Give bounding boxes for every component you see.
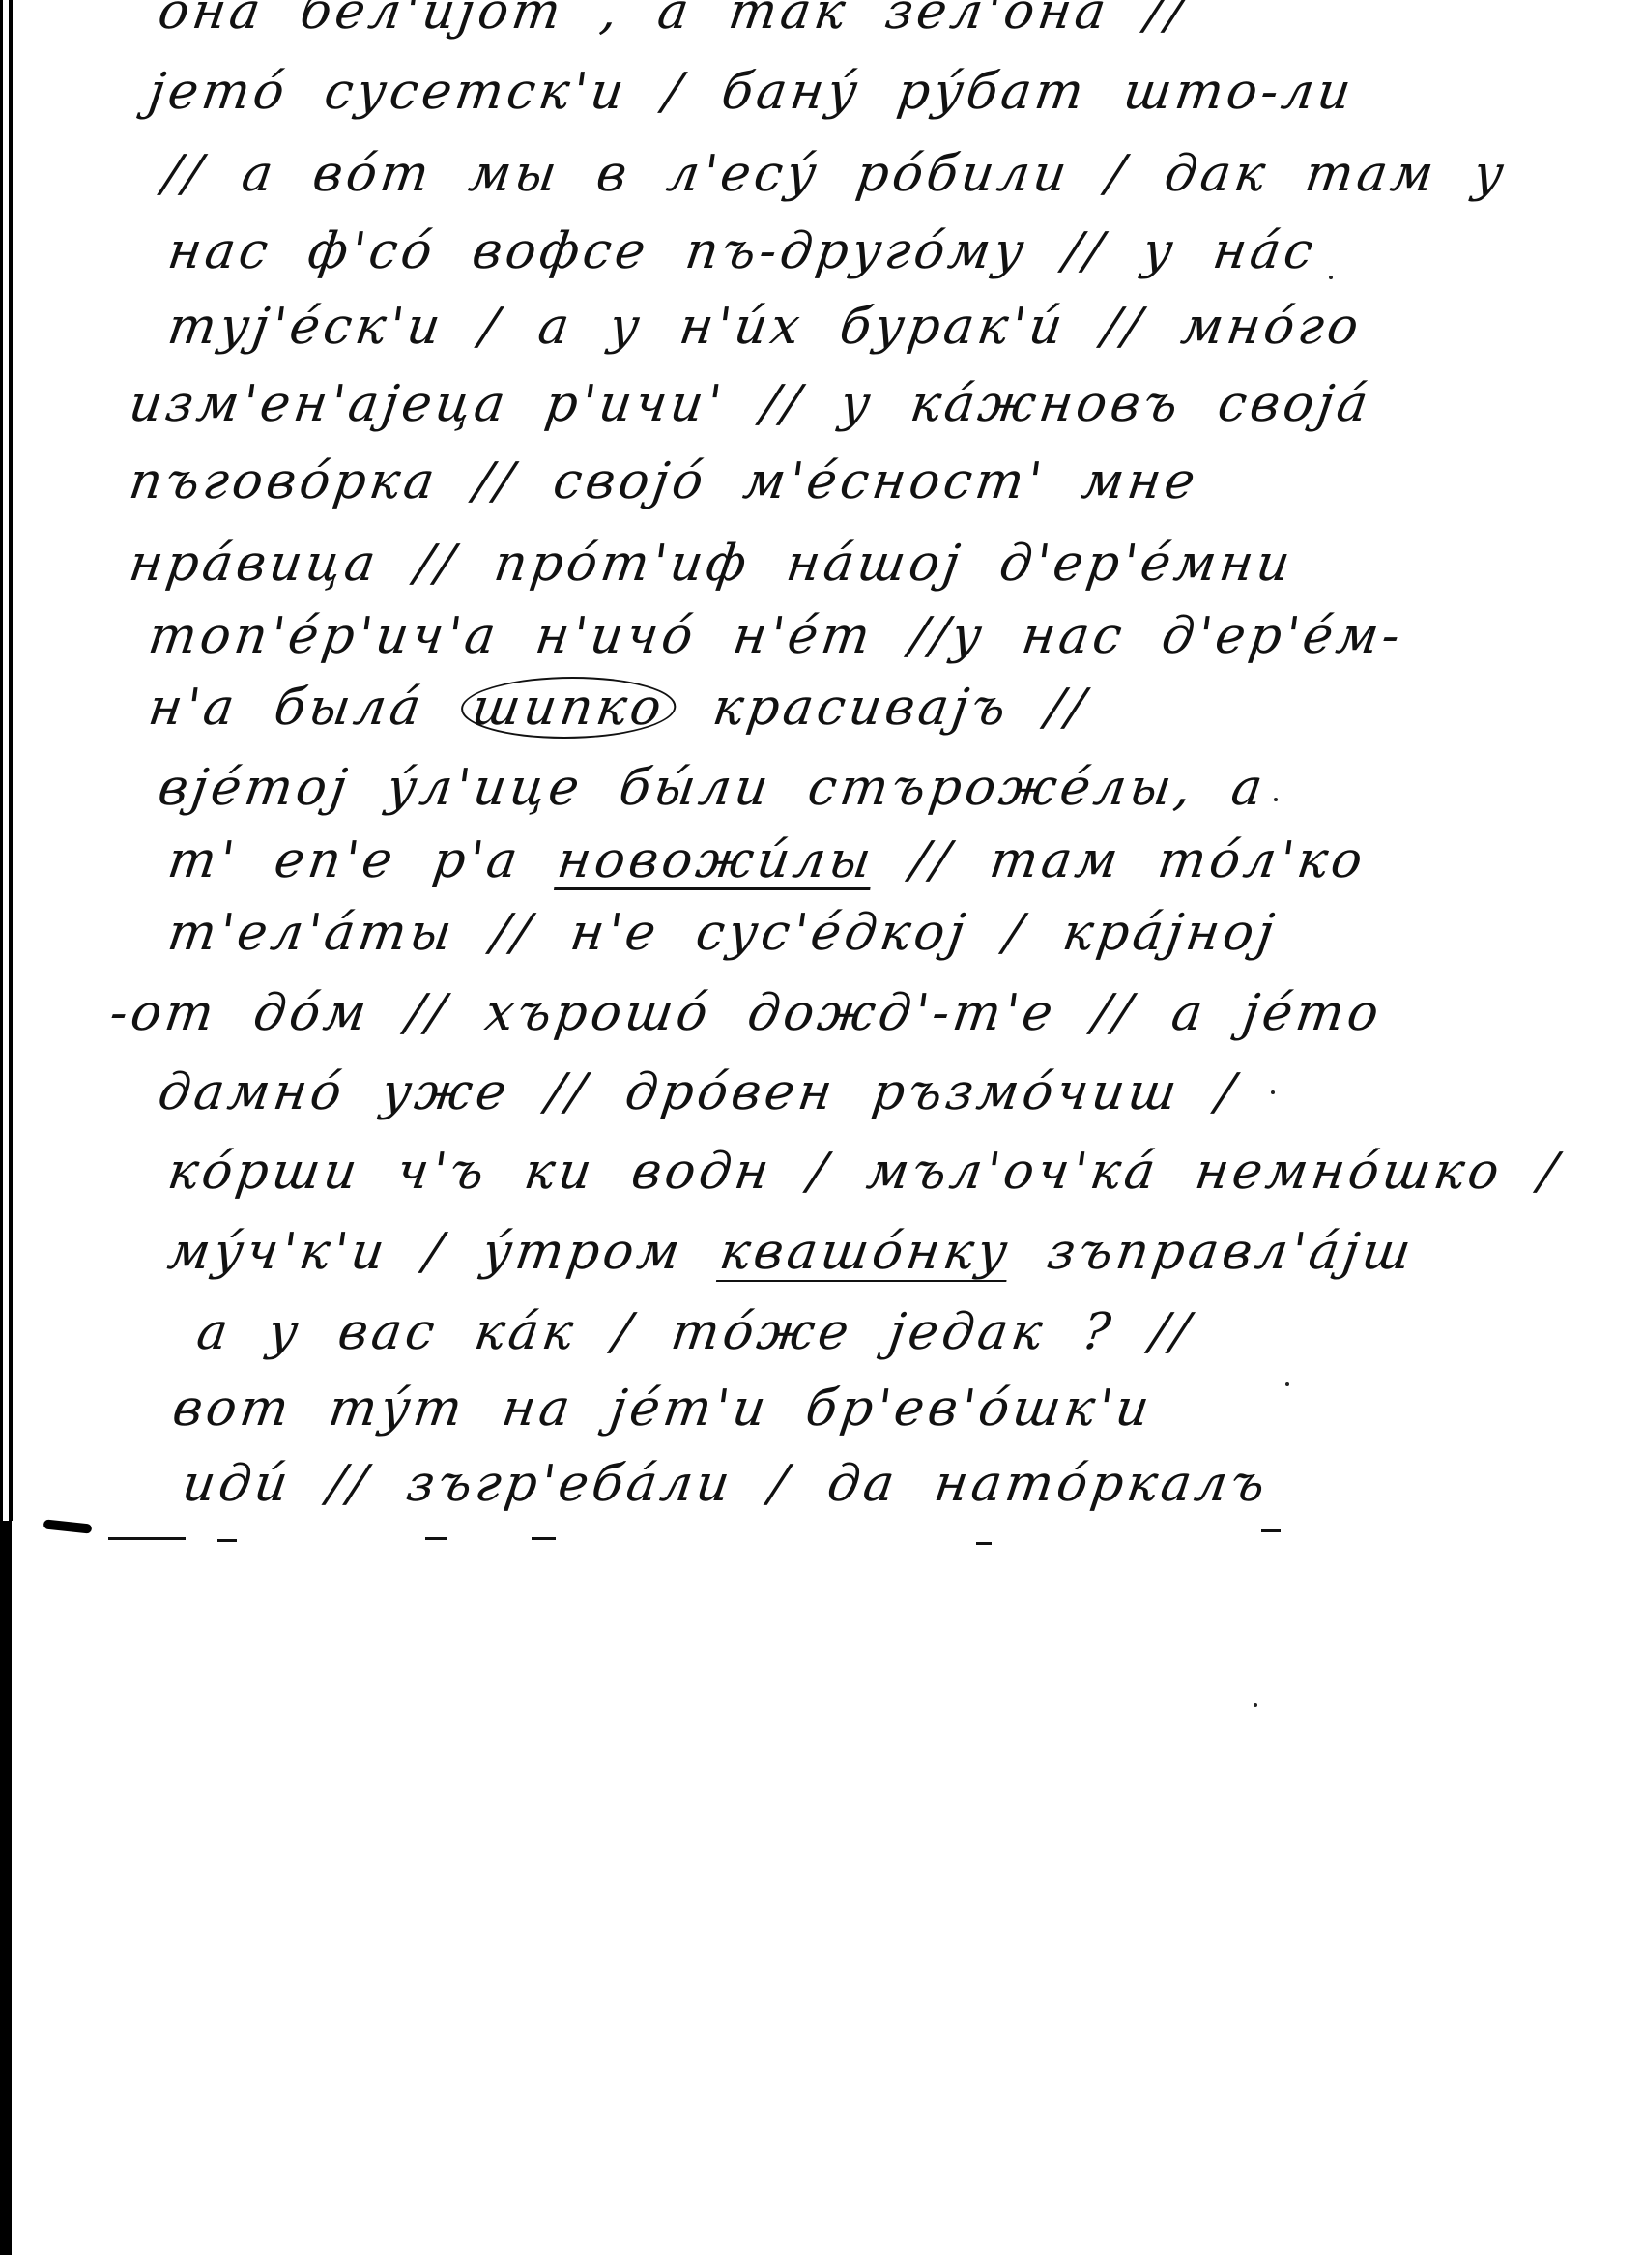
manuscript-line: н'а былá шипко красивајъ // (145, 679, 1092, 737)
dashed-rule (217, 1539, 237, 1542)
ink-speck (1274, 798, 1278, 801)
manuscript-line: туј'éск'и / а у н'и́х бурак'и́ // мнóго (164, 298, 1366, 356)
scanned-manuscript-page: она бел'ијот , а так зел'óна // јетó сус… (0, 0, 1643, 2268)
ink-speck (1271, 1090, 1275, 1094)
manuscript-line: иди́ // зъгр'ебáли / да натóркалъ (179, 1455, 1273, 1513)
manuscript-line: -от дóм // хърошó дожд'-т'е // а јéто (106, 984, 1386, 1042)
left-border-line (9, 0, 13, 1521)
ink-speck (1285, 1382, 1289, 1386)
manuscript-line: вјéтој у́л'ице бы́ли стъроже́лы, а (155, 759, 1270, 817)
manuscript-line: нрáвица // прóт'иф нáшој д'ер'éмни (126, 535, 1297, 593)
ink-stroke-mark (43, 1519, 93, 1533)
manuscript-line: му́ч'к'и / у́тром квашóнку зъправл'áјш (164, 1223, 1418, 1281)
manuscript-line: изм'ен'ајеца р'ичи' // у кáжновъ својá (126, 375, 1375, 433)
manuscript-line: т' еп'е р'а новожи́лы // там тóл'ко (164, 831, 1369, 889)
underlined-word: новожи́лы (554, 831, 879, 889)
manuscript-line: топ'éр'ич'а н'ичó н'éт //у нас д'ер'éм- (145, 607, 1407, 665)
manuscript-line: дамнó уже // дрóвен ръзмóчиш / (155, 1063, 1242, 1121)
dashed-rule (532, 1537, 556, 1540)
manuscript-line: кóрши ч'ъ ки водн / мъл'оч'кá немнóшко / (164, 1143, 1565, 1201)
manuscript-line: она бел'ијот , а так зел'óна // (155, 0, 1192, 41)
left-binding-bar (0, 1521, 12, 2255)
left-border-line (0, 0, 3, 1521)
dashed-rule (976, 1542, 992, 1545)
manuscript-line: а у вас кáк / тóже једак ? // (193, 1303, 1196, 1361)
manuscript-line: јетó сусетск'и / бану́ ру́бат што-ли (145, 63, 1358, 121)
manuscript-line: пъговóрка // својó м'éсност' мне (126, 452, 1202, 510)
ink-speck (1329, 276, 1333, 279)
manuscript-line: нас ф'сó вофсе пъ-другóму // у нáс (164, 222, 1320, 280)
circled-word: шипко (457, 677, 681, 739)
dashed-rule (108, 1537, 186, 1540)
dashed-rule (425, 1537, 447, 1540)
underlined-word: квашóнку (716, 1223, 1015, 1281)
manuscript-line: // а вóт мы в л'есу́ рóбили / дак там у (159, 145, 1511, 203)
manuscript-line: т'ел'áты // н'е сус'éдкој / крáјној (164, 904, 1281, 962)
ink-speck (1254, 1703, 1257, 1707)
manuscript-line: вот ту́т на јéт'и бр'ев'óшк'и (169, 1380, 1157, 1438)
dashed-rule (1261, 1529, 1281, 1532)
